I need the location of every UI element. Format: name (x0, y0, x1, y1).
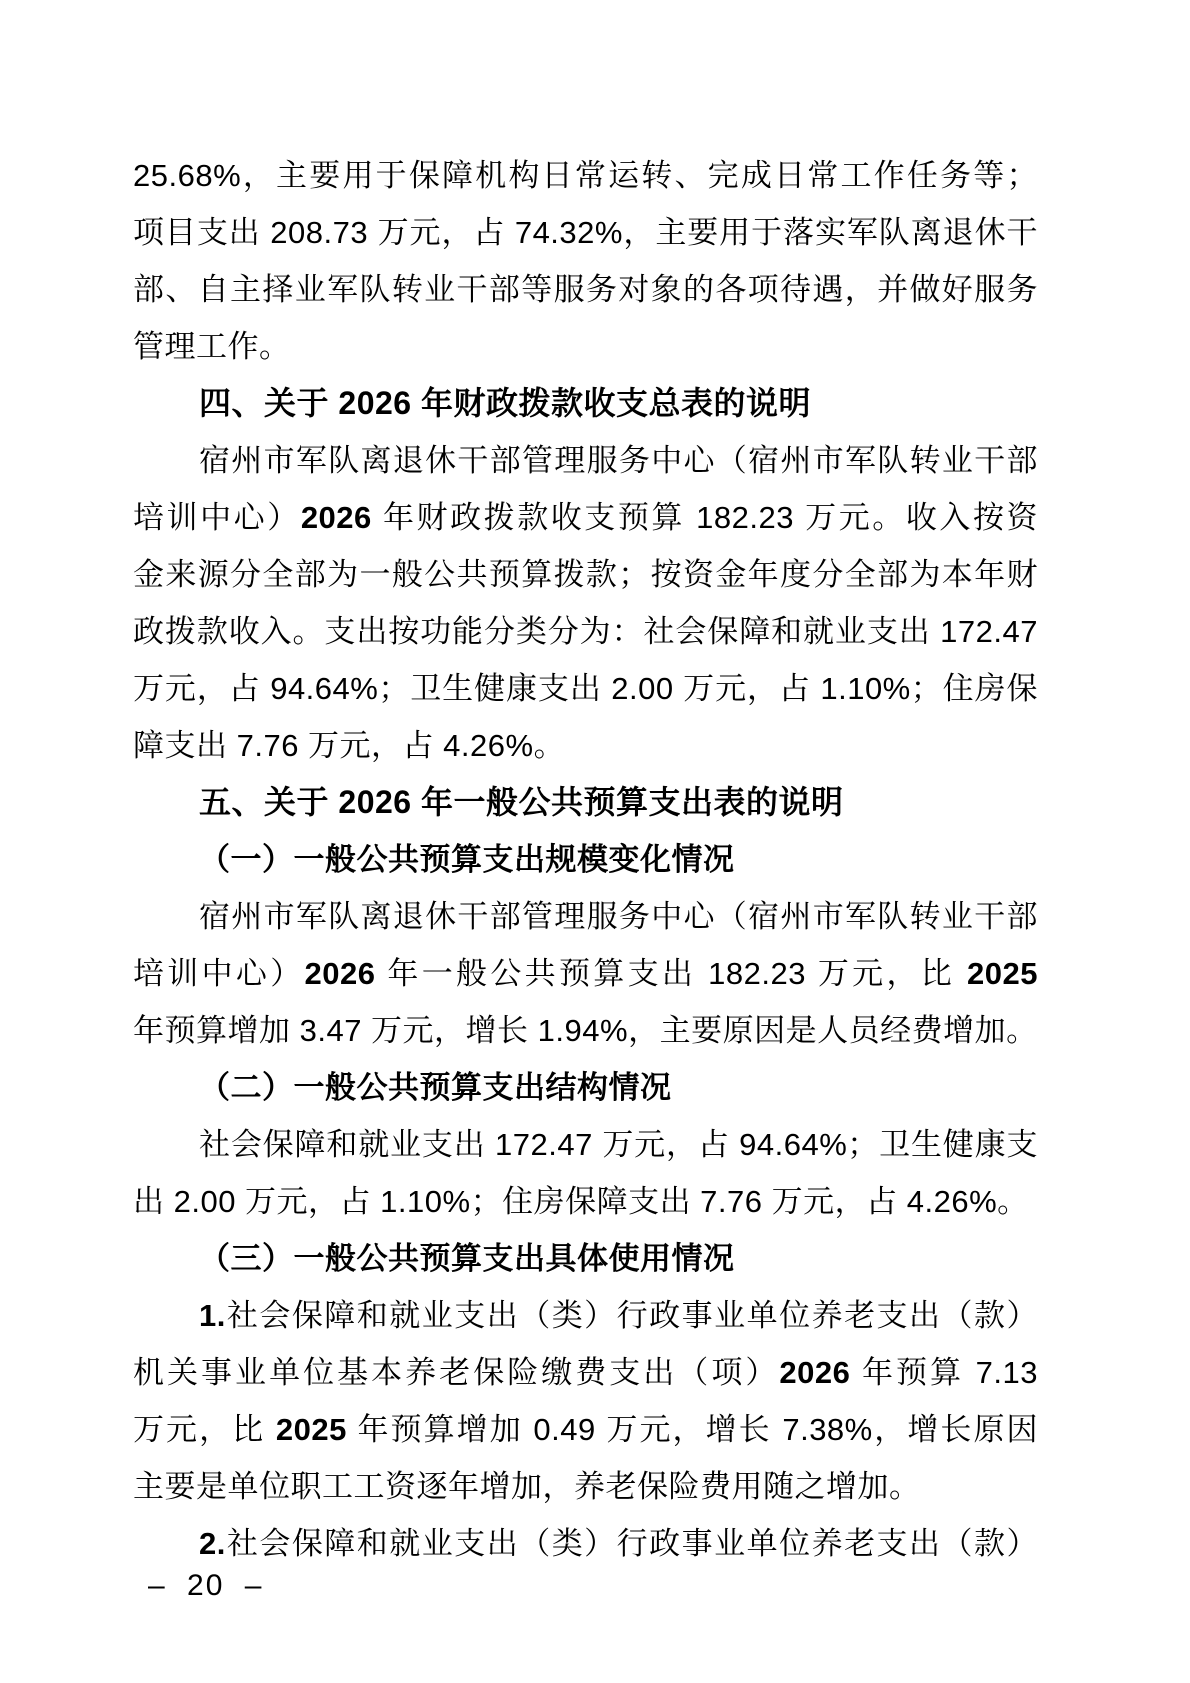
text-line: 1.社会保障和就业支出（类）行政事业单位养老支出（款） (133, 1287, 1038, 1344)
text-line: 社会保障和就业支出 172.47 万元，占 94.64%；卫生健康支 (133, 1116, 1038, 1173)
heading-line: 四、关于 2026 年财政拨款收支总表的说明 (133, 375, 1038, 432)
heading-line: （三）一般公共预算支出具体使用情况 (133, 1230, 1038, 1287)
text-line: 管理工作。 (133, 318, 1038, 375)
text-line: 25.68%，主要用于保障机构日常运转、完成日常工作任务等； (133, 147, 1038, 204)
text-line: 金来源分全部为一般公共预算拨款；按资金年度分全部为本年财 (133, 546, 1038, 603)
heading-line: （二）一般公共预算支出结构情况 (133, 1059, 1038, 1116)
document-page: 25.68%，主要用于保障机构日常运转、完成日常工作任务等；项目支出 208.7… (0, 0, 1190, 1683)
document-body: 25.68%，主要用于保障机构日常运转、完成日常工作任务等；项目支出 208.7… (133, 147, 1038, 1572)
heading-line: 五、关于 2026 年一般公共预算支出表的说明 (133, 774, 1038, 831)
text-line: 年预算增加 3.47 万元，增长 1.94%，主要原因是人员经费增加。 (133, 1002, 1038, 1059)
text-line: 主要是单位职工工资逐年增加，养老保险费用随之增加。 (133, 1458, 1038, 1515)
text-line: 2.社会保障和就业支出（类）行政事业单位养老支出（款） (133, 1515, 1038, 1572)
text-line: 万元，比 2025 年预算增加 0.49 万元，增长 7.38%，增长原因 (133, 1401, 1038, 1458)
text-line: 培训中心）2026 年财政拨款收支预算 182.23 万元。收入按资 (133, 489, 1038, 546)
text-line: 培训中心）2026 年一般公共预算支出 182.23 万元，比 2025 (133, 945, 1038, 1002)
page-number: – 20 – (148, 1569, 263, 1602)
text-line: 机关事业单位基本养老保险缴费支出（项）2026 年预算 7.13 (133, 1344, 1038, 1401)
text-line: 宿州市军队离退休干部管理服务中心（宿州市军队转业干部 (133, 888, 1038, 945)
text-line: 项目支出 208.73 万元，占 74.32%，主要用于落实军队离退休干 (133, 204, 1038, 261)
text-line: 部、自主择业军队转业干部等服务对象的各项待遇，并做好服务 (133, 261, 1038, 318)
text-line: 障支出 7.76 万元，占 4.26%。 (133, 717, 1038, 774)
text-line: 政拨款收入。支出按功能分类分为：社会保障和就业支出 172.47 (133, 603, 1038, 660)
page-footer: – 20 – (148, 1566, 263, 1606)
heading-line: （一）一般公共预算支出规模变化情况 (133, 831, 1038, 888)
text-line: 宿州市军队离退休干部管理服务中心（宿州市军队转业干部 (133, 432, 1038, 489)
text-line: 出 2.00 万元，占 1.10%；住房保障支出 7.76 万元，占 4.26%… (133, 1173, 1038, 1230)
text-line: 万元，占 94.64%；卫生健康支出 2.00 万元，占 1.10%；住房保 (133, 660, 1038, 717)
